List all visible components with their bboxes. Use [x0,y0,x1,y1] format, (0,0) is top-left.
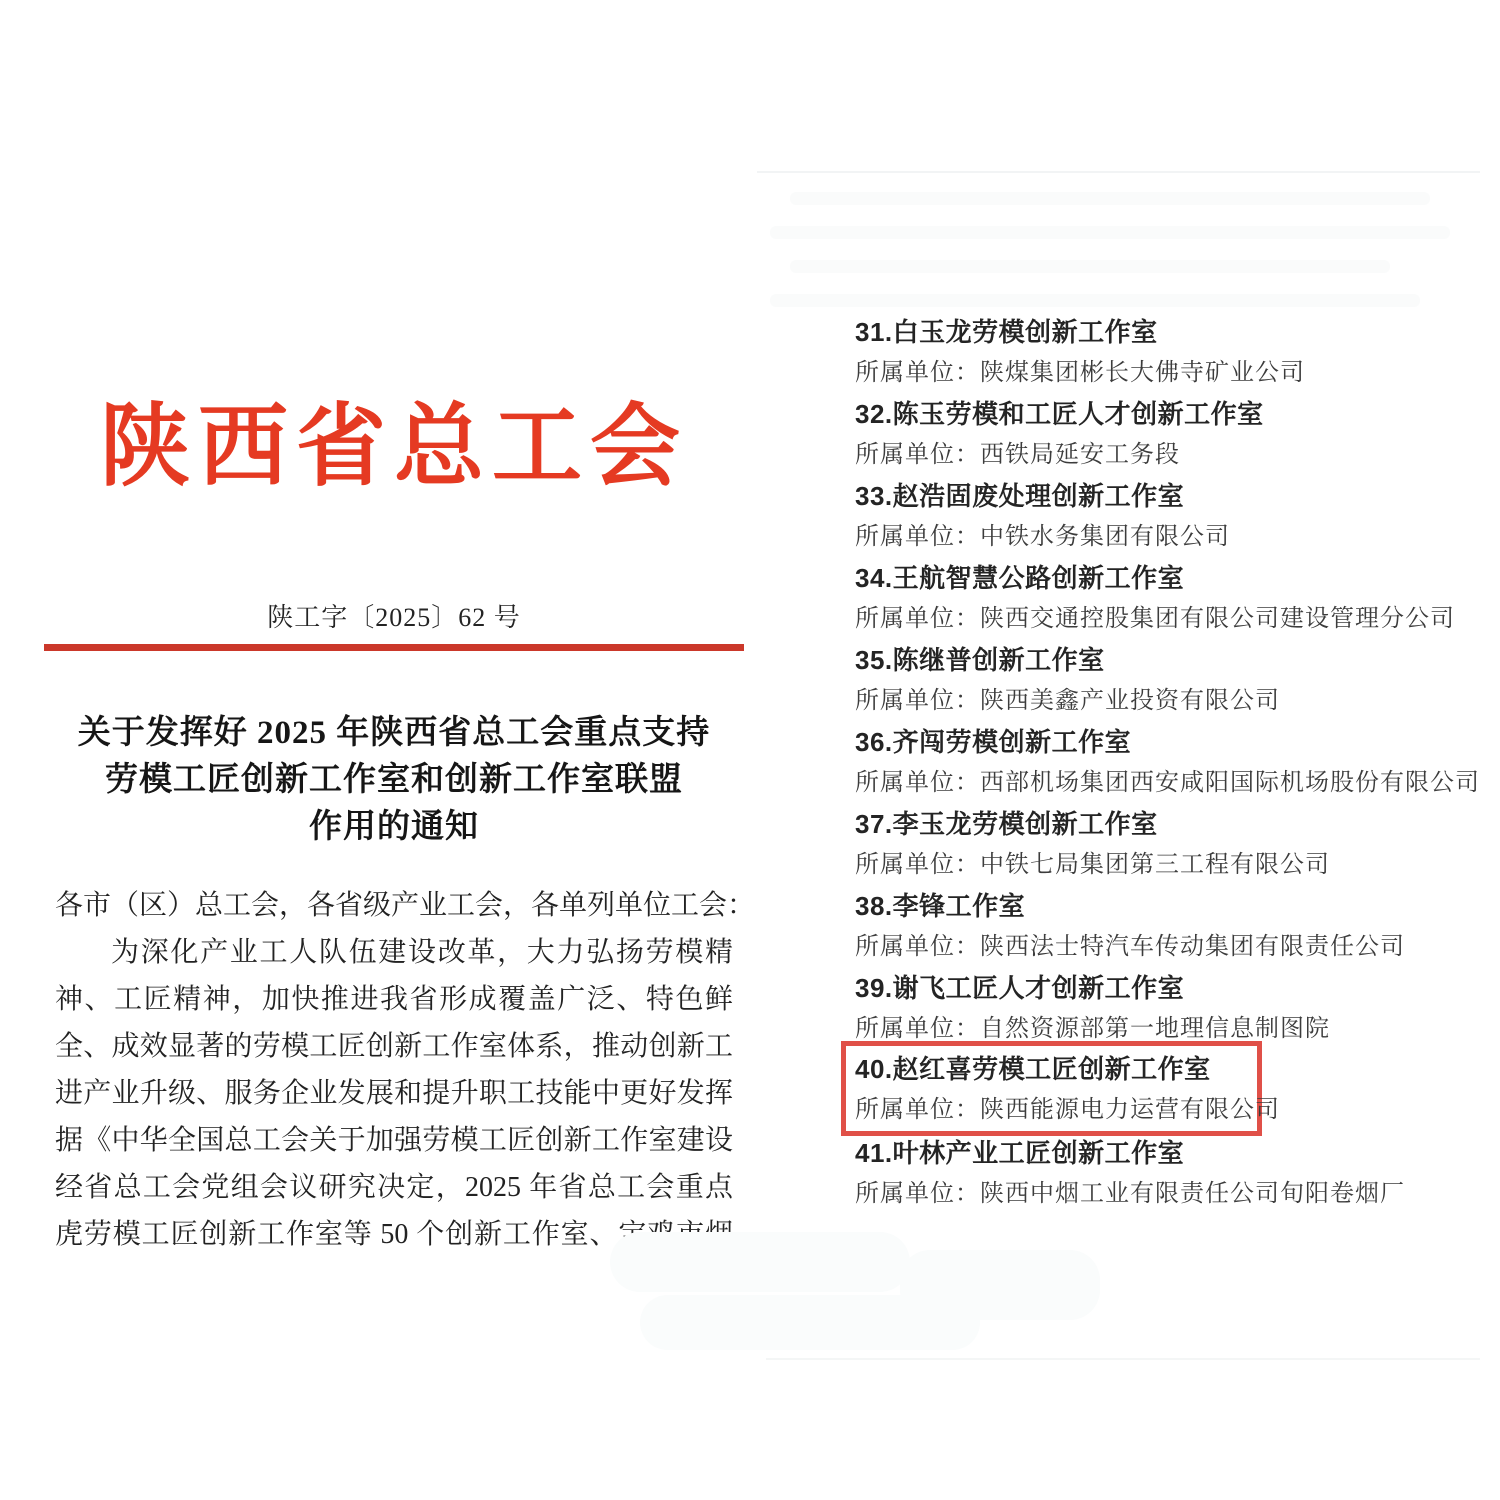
org-title: 陕西省总工会 [44,394,744,502]
list-item-41: 41.叶林产业工匠创新工作室 所属单位：陕西中烟工业有限责任公司旬阳卷烟厂 [855,1133,1461,1215]
studio-unit: 所属单位：陕煤集团彬长大佛寺矿业公司 [855,353,1461,394]
list-item-31: 31.白玉龙劳模创新工作室 所属单位：陕煤集团彬长大佛寺矿业公司 [855,312,1461,394]
list-item-32: 32.陈玉劳模和工匠人才创新工作室 所属单位：西铁局延安工务段 [855,394,1461,476]
studio-unit: 所属单位：中铁水务集团有限公司 [855,517,1461,558]
list-item-33: 33.赵浩固废处理创新工作室 所属单位：中铁水务集团有限公司 [855,476,1461,558]
doc-number: 陕工字〔2025〕62 号 [44,597,744,634]
red-divider-rule [44,644,744,651]
notice-title-line-2: 劳模工匠创新工作室和创新工作室联盟 [44,757,744,804]
notice-title: 关于发挥好 2025 年陕西省总工会重点支持 劳模工匠创新工作室和创新工作室联盟… [44,710,744,851]
studio-unit: 所属单位：中铁七局集团第三工程有限公司 [855,845,1461,886]
body-line-6: 经省总工会党组会议研究决定，2025 年省总工会重点支持何小 [55,1164,733,1211]
body-line-7: 虎劳模工匠创新工作室等 50 个创新工作室、宝鸡市烟酒食品工 [55,1211,733,1258]
page-left: 陕西省总工会 陕工字〔2025〕62 号 关于发挥好 2025 年陕西省总工会重… [44,0,744,1500]
studio-name: 32.陈玉劳模和工匠人才创新工作室 [855,394,1461,435]
studio-unit: 所属单位：西部机场集团西安咸阳国际机场股份有限公司 [855,763,1461,804]
studio-unit: 所属单位：陕西交通控股集团有限公司建设管理分公司 [855,599,1461,640]
studio-name: 40.赵红喜劳模工匠创新工作室 [855,1049,1257,1090]
studio-unit: 所属单位：陕西能源电力运营有限公司 [855,1090,1257,1131]
studio-name: 41.叶林产业工匠创新工作室 [855,1133,1461,1174]
list-item-35: 35.陈继普创新工作室 所属单位：陕西美鑫产业投资有限公司 [855,640,1461,722]
document-canvas: 陕西省总工会 陕工字〔2025〕62 号 关于发挥好 2025 年陕西省总工会重… [0,0,1500,1500]
notice-body: 各市（区）总工会，各省级产业工会，各单列单位工会： 为深化产业工人队伍建设改革，… [55,882,733,1258]
studio-list: 31.白玉龙劳模创新工作室 所属单位：陕煤集团彬长大佛寺矿业公司 32.陈玉劳模… [855,312,1461,1215]
list-item-34: 34.王航智慧公路创新工作室 所属单位：陕西交通控股集团有限公司建设管理分公司 [855,558,1461,640]
salutation-line: 各市（区）总工会，各省级产业工会，各单列单位工会： [55,882,733,929]
list-item-40-highlighted: 40.赵红喜劳模工匠创新工作室 所属单位：陕西能源电力运营有限公司 [841,1041,1262,1136]
notice-title-line-3: 作用的通知 [44,804,744,851]
body-line-1: 为深化产业工人队伍建设改革，大力弘扬劳模精神、劳动精 [55,929,733,976]
studio-unit: 所属单位：自然资源部第一地理信息制图院 [855,1009,1461,1050]
studio-name: 36.齐闯劳模创新工作室 [855,722,1461,763]
studio-unit: 所属单位：陕西法士特汽车传动集团有限责任公司 [855,927,1461,968]
page-right: 31.白玉龙劳模创新工作室 所属单位：陕煤集团彬长大佛寺矿业公司 32.陈玉劳模… [750,0,1500,1500]
studio-name: 39.谢飞工匠人才创新工作室 [855,968,1461,1009]
studio-name: 34.王航智慧公路创新工作室 [855,558,1461,599]
list-item-36: 36.齐闯劳模创新工作室 所属单位：西部机场集团西安咸阳国际机场股份有限公司 [855,722,1461,804]
list-item-38: 38.李锋工作室 所属单位：陕西法士特汽车传动集团有限责任公司 [855,886,1461,968]
studio-name: 38.李锋工作室 [855,886,1461,927]
studio-unit: 所属单位：西铁局延安工务段 [855,435,1461,476]
list-item-39: 39.谢飞工匠人才创新工作室 所属单位：自然资源部第一地理信息制图院 [855,968,1461,1050]
studio-unit: 所属单位：陕西美鑫产业投资有限公司 [855,681,1461,722]
body-line-5: 据《中华全国总工会关于加强劳模工匠创新工作室建设的意见》， [55,1117,733,1164]
studio-name: 33.赵浩固废处理创新工作室 [855,476,1461,517]
studio-unit: 所属单位：陕西中烟工业有限责任公司旬阳卷烟厂 [855,1174,1461,1215]
list-item-37: 37.李玉龙劳模创新工作室 所属单位：中铁七局集团第三工程有限公司 [855,804,1461,886]
studio-name: 35.陈继普创新工作室 [855,640,1461,681]
body-line-4: 进产业升级、服务企业发展和提升职工技能中更好发挥作用，根 [55,1070,733,1117]
studio-name: 37.李玉龙劳模创新工作室 [855,804,1461,845]
body-line-3: 全、成效显著的劳模工匠创新工作室体系，推动创新工作室在促 [55,1023,733,1070]
body-line-2: 神、工匠精神，加快推进我省形成覆盖广泛、特色鲜明、功能齐 [55,976,733,1023]
notice-title-line-1: 关于发挥好 2025 年陕西省总工会重点支持 [44,710,744,757]
studio-name: 31.白玉龙劳模创新工作室 [855,312,1461,353]
